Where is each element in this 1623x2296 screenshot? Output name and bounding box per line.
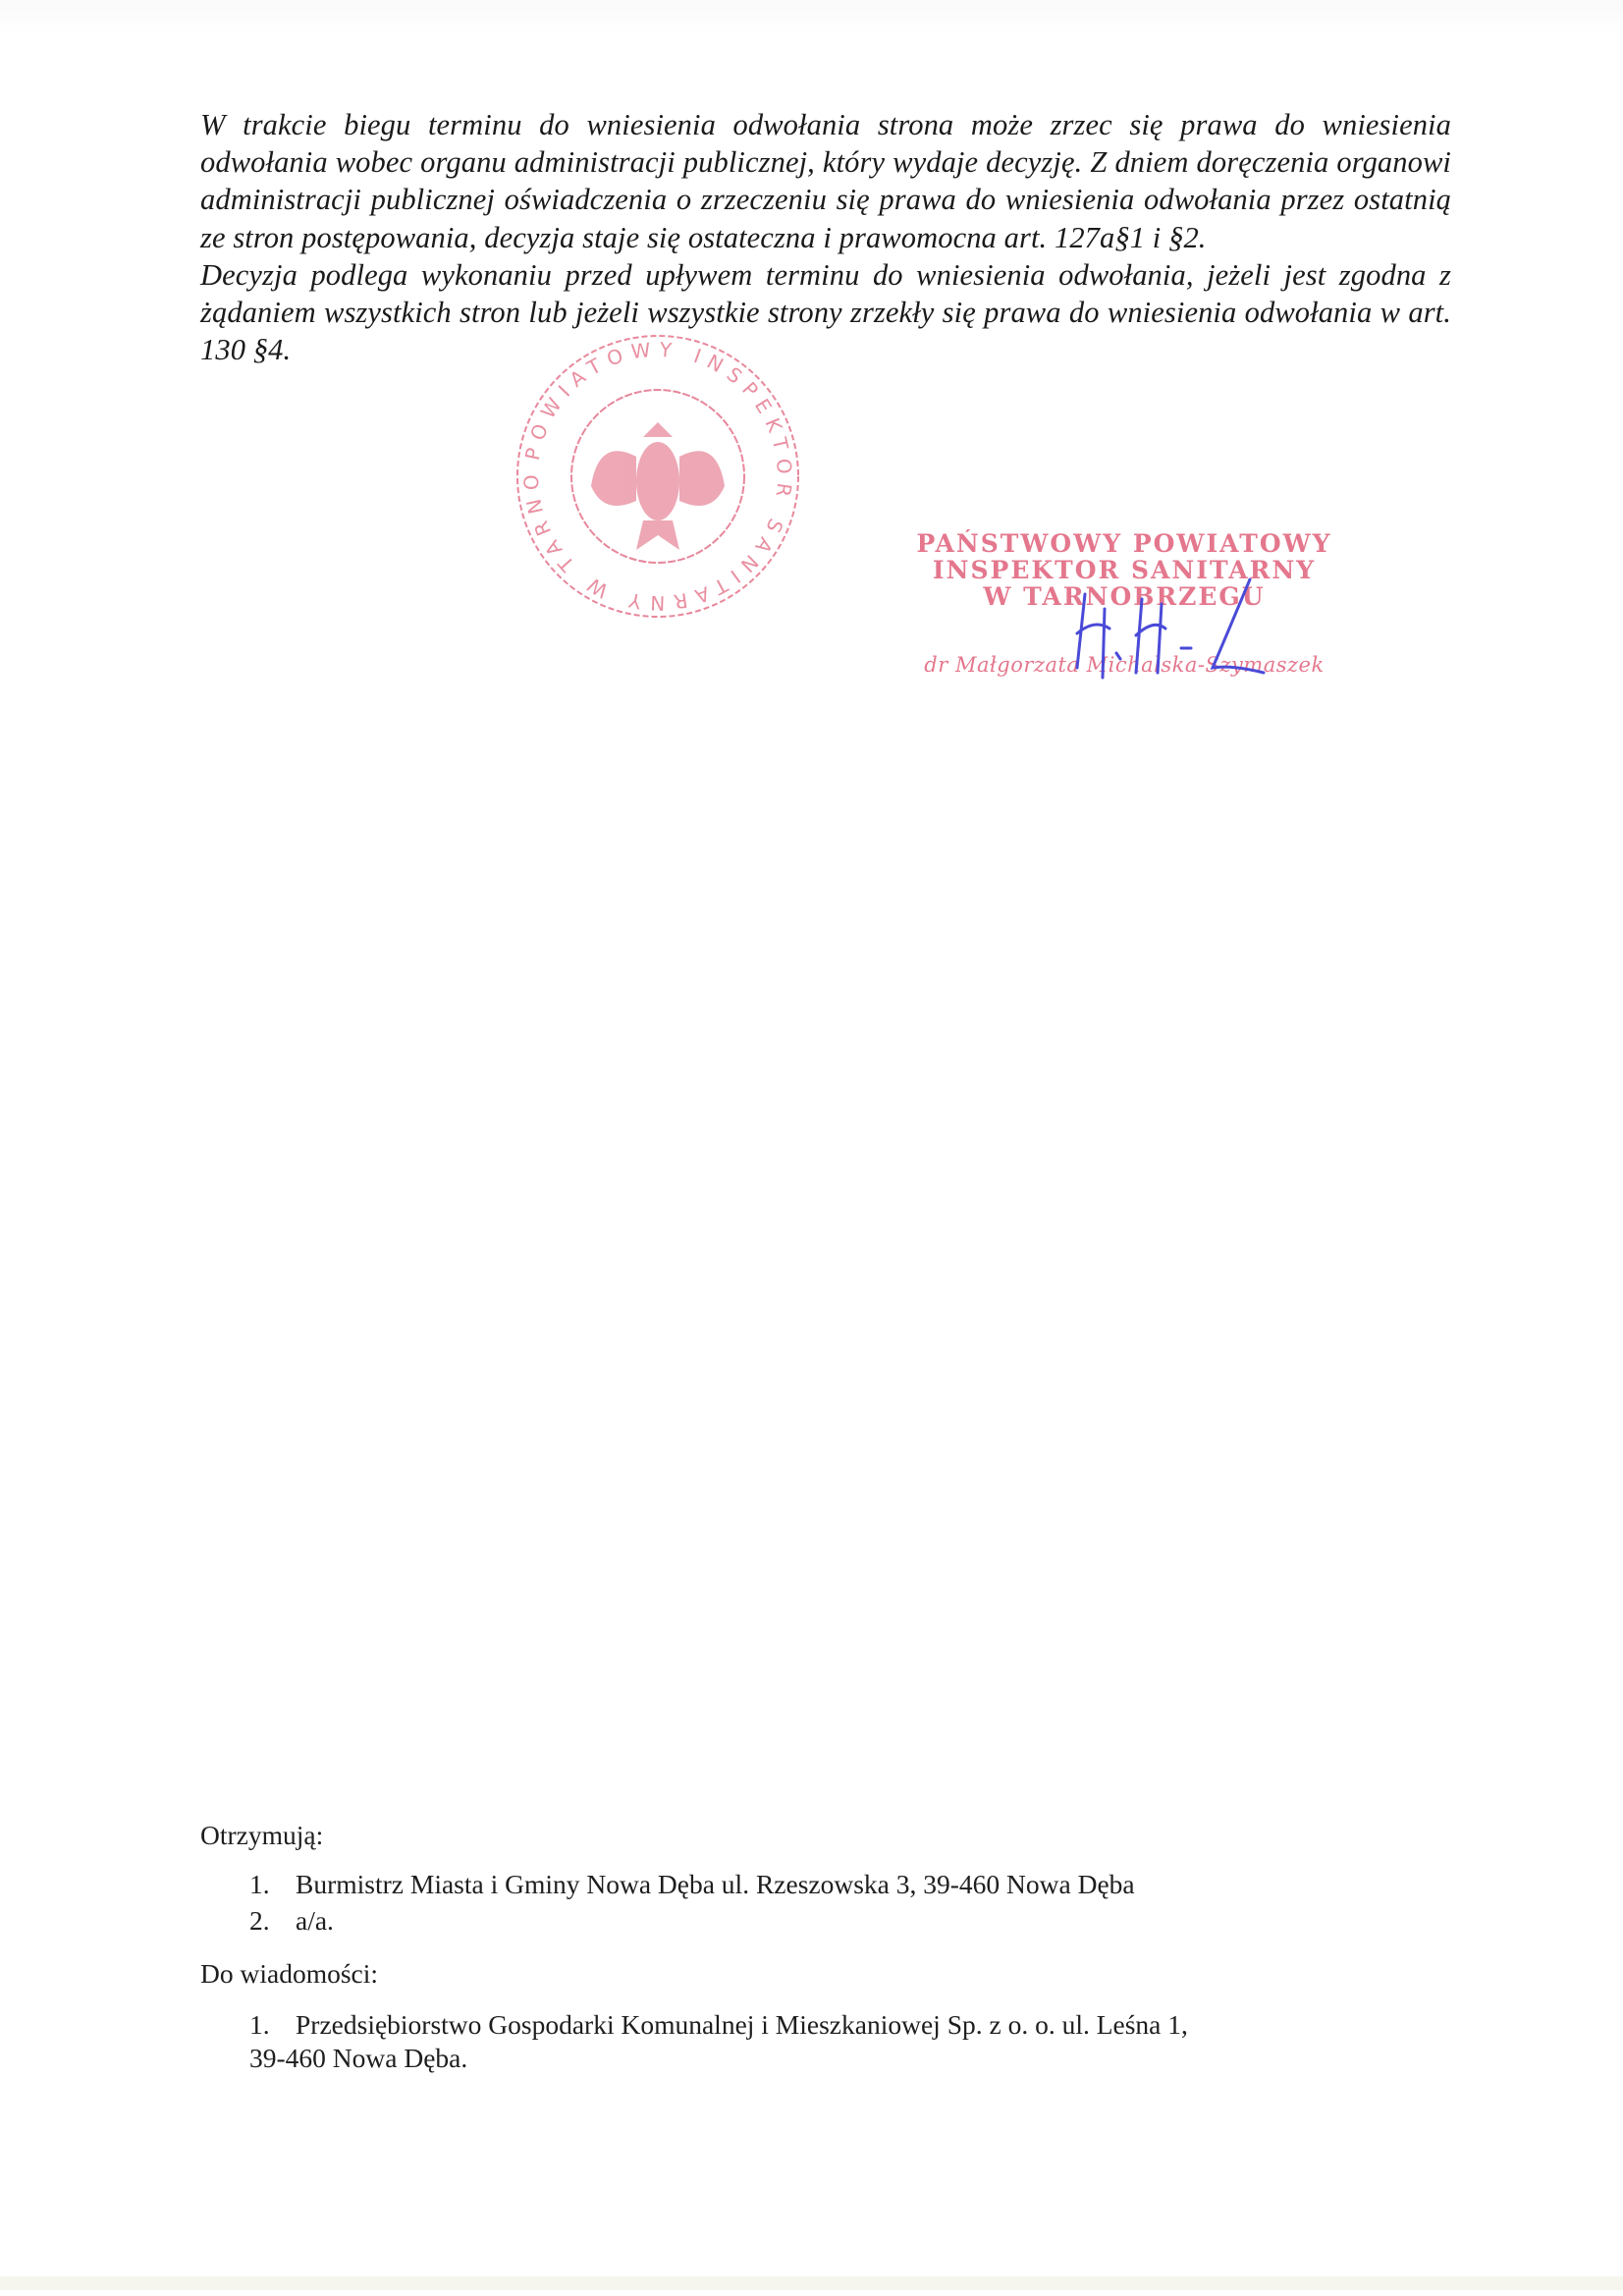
paragraph-waiver: W trakcie biegu terminu do wniesienia od… bbox=[200, 106, 1451, 256]
cc-text: Przedsiębiorstwo Gospodarki Komunalnej i… bbox=[251, 2008, 1188, 2042]
recipient-text: Burmistrz Miasta i Gminy Nowa Dęba ul. R… bbox=[251, 1868, 1135, 1901]
cc-heading: Do wiadomości: bbox=[200, 1957, 1379, 1991]
handwritten-signature bbox=[1055, 574, 1291, 683]
cc-item: 1. Przedsiębiorstwo Gospodarki Komunalne… bbox=[200, 2008, 1379, 2075]
round-seal-stamp: POWIATOWY INSPEKTOR SANITARNY W TARNOBRZ… bbox=[511, 329, 805, 624]
recipient-number: 1. bbox=[249, 1868, 270, 1901]
eagle-emblem-icon bbox=[591, 422, 725, 550]
paragraph-execution: Decyzja podlega wykonaniu przed upływem … bbox=[200, 256, 1451, 369]
recipients-list: 1. Burmistrz Miasta i Gminy Nowa Dęba ul… bbox=[200, 1868, 1379, 1938]
scan-edge-bottom bbox=[0, 2276, 1623, 2290]
body-text: W trakcie biegu terminu do wniesienia od… bbox=[200, 106, 1451, 368]
recipient-item: 2. a/a. bbox=[200, 1904, 1379, 1938]
recipient-number: 2. bbox=[249, 1904, 270, 1938]
cc-list: 1. Przedsiębiorstwo Gospodarki Komunalne… bbox=[200, 2008, 1379, 2075]
recipient-item: 1. Burmistrz Miasta i Gminy Nowa Dęba ul… bbox=[200, 1868, 1379, 1901]
cc-text-continuation: 39-460 Nowa Dęba. bbox=[249, 2042, 1379, 2075]
stamp-line-1: PAŃSTWOWY POWIATOWY bbox=[908, 530, 1340, 557]
cc-number: 1. bbox=[249, 2008, 270, 2042]
distribution-list: Otrzymują: 1. Burmistrz Miasta i Gminy N… bbox=[200, 1819, 1379, 2075]
recipients-heading: Otrzymują: bbox=[200, 1819, 1379, 1852]
scan-edge-top bbox=[0, 0, 1623, 33]
